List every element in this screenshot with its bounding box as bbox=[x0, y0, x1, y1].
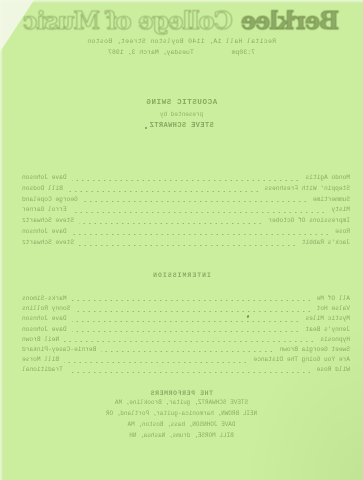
dotted-leader bbox=[72, 228, 331, 239]
song-credit: George Copeland bbox=[22, 196, 78, 203]
song-credit: Marks-Simons bbox=[22, 295, 67, 302]
song-title: Misty bbox=[331, 206, 350, 213]
song-title: Jack's Rabbit bbox=[302, 239, 350, 246]
song-title: Impressions Of October bbox=[268, 217, 350, 224]
song-title: Rose bbox=[335, 228, 350, 235]
program-row: RoseDave Johnson bbox=[22, 228, 350, 239]
program-row: SummertimeGeorge Copeland bbox=[22, 196, 350, 207]
ink-speck bbox=[145, 127, 147, 129]
dotted-leader bbox=[79, 239, 297, 250]
song-credit: Bill Dodson bbox=[22, 185, 63, 192]
program-row: Valse HotSonny Rollins bbox=[22, 305, 350, 315]
song-credit: Bill Morse bbox=[22, 356, 59, 363]
program-row: Steppin' With FreshnessBill Dodson bbox=[22, 185, 350, 196]
recital-title: ACOUSTIC SWING bbox=[0, 99, 363, 107]
program-row: Mondo AgitisDave Johnson bbox=[22, 174, 350, 185]
program-row: Jack's RabbitSteve Schwartz bbox=[22, 239, 350, 250]
song-title: Valse Hot bbox=[317, 305, 350, 312]
song-credit: Steve Schwartz bbox=[22, 239, 74, 246]
wordmark-college-of-music: College of Music bbox=[24, 6, 233, 35]
song-title: All Of Me bbox=[317, 295, 350, 302]
dotted-leader bbox=[83, 196, 308, 207]
song-credit: Dave Johnson bbox=[22, 326, 67, 333]
song-title: Steppin' With Freshness bbox=[265, 185, 350, 192]
dotted-leader bbox=[75, 305, 311, 315]
title-block: ACOUSTIC SWING presented by STEVE SCHWAR… bbox=[0, 99, 363, 130]
song-credit: Bernie-Casey-Pinkard bbox=[22, 346, 96, 353]
scan-edge-top bbox=[0, 0, 363, 3]
song-credit: Errol Garner bbox=[22, 206, 67, 213]
date-line: Tuesday, March 3, 1987 7:30pm bbox=[108, 49, 255, 56]
scanned-program-page: Berklee College of Music Recital Hall 1A… bbox=[0, 0, 363, 480]
presented-by-label: presented by bbox=[0, 111, 363, 118]
song-credit: Neil Brown bbox=[22, 336, 59, 343]
berklee-wordmark: Berklee College of Music bbox=[0, 6, 363, 35]
dotted-leader bbox=[79, 217, 263, 228]
presenter-name: STEVE SCHWARTZ bbox=[0, 122, 363, 130]
scan-edge-left bbox=[0, 0, 3, 480]
dotted-leader bbox=[64, 356, 248, 366]
set-one-list: Mondo AgitisDave Johnson Steppin' With F… bbox=[22, 174, 350, 250]
song-credit: Sonny Rollins bbox=[22, 305, 70, 312]
dotted-leader bbox=[72, 295, 312, 305]
song-credit: Traditional bbox=[22, 366, 63, 373]
song-credit: Dave Johnson bbox=[22, 228, 67, 235]
song-credit: Dave Johnson bbox=[22, 174, 67, 181]
song-credit: Dave Johnson bbox=[22, 315, 67, 322]
program-row: MistyErrol Garner bbox=[22, 206, 350, 217]
program-row: All Of MeMarks-Simons bbox=[22, 295, 350, 305]
song-title: Summertime bbox=[313, 196, 350, 203]
program-row: Impressions Of OctoberSteve Schwartz bbox=[22, 217, 350, 228]
song-title: Mondo Agitis bbox=[305, 174, 350, 181]
song-credit: Steve Schwartz bbox=[22, 217, 74, 224]
dotted-leader bbox=[68, 185, 260, 196]
dotted-leader bbox=[72, 206, 327, 217]
scan-shadow-bottom-right bbox=[243, 320, 363, 480]
recital-time: 7:30pm bbox=[232, 49, 255, 56]
wordmark-berklee: Berklee bbox=[242, 6, 339, 35]
recital-date: Tuesday, March 3, 1987 bbox=[108, 49, 194, 56]
intermission-heading: INTERMISSION bbox=[0, 272, 363, 279]
venue-line: Recital Hall 1A, 1140 Boylston Street, B… bbox=[0, 38, 363, 45]
dotted-leader bbox=[72, 174, 301, 185]
